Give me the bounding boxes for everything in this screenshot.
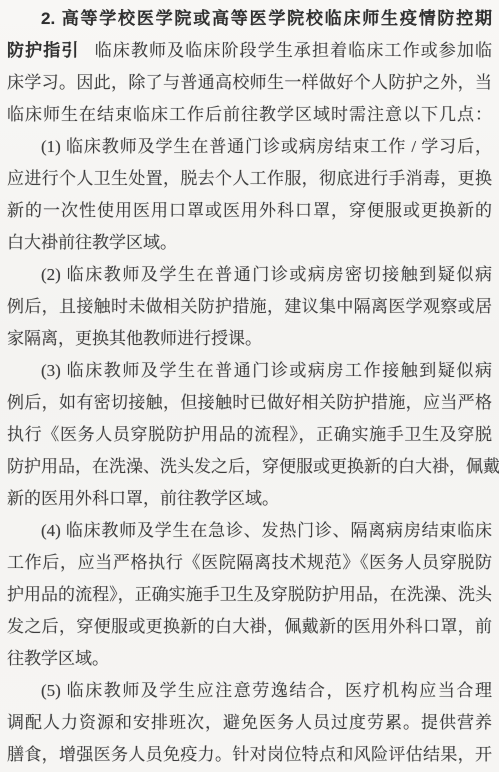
section-heading-line: 2. 高等学校医学院或高等医学院校临床师生疫情防控期 (7, 3, 492, 35)
list-item-4-line: (4) 临床教师及学生在急诊、发热门诊、隔离病房结束临床 (7, 515, 492, 547)
list-item-2-line: (2) 临床教师及学生在普通门诊或病房密切接触到疑似病 (7, 259, 492, 291)
text-line: 调配人力资源和安排班次，避免医务人员过度劳累。提供营养 (7, 707, 492, 739)
list-item-3-line: (3) 临床教师及学生在普通门诊或病房工作接触到疑似病 (7, 355, 492, 387)
text-line: 应进行个人卫生处置，脱去个人工作服，彻底进行手消毒，更换 (7, 163, 492, 195)
text-line: 发之后，穿便服或更换新的白大褂，佩戴新的医用外科口罩，前 (7, 611, 492, 643)
list-item-5-line: (5) 临床教师及学生应注意劳逸结合，医疗机构应当合理 (7, 675, 492, 707)
text-line: 临床师生在结束临床工作后前往教学区域时需注意以下几点： (7, 99, 492, 131)
section-heading-continuation: 防护指引 (7, 41, 79, 60)
text-line: 白大褂前往教学区域。 (7, 227, 492, 259)
text-line: 新的一次性使用医用口罩或医用外科口罩，穿便服或更换新的 (7, 195, 492, 227)
text-line: 例后，如有密切接触，但接触时已做好相关防护措施，应当严格 (7, 387, 492, 419)
text-line: 例后，且接触时未做相关防护措施，建议集中隔离医学观察或居 (7, 291, 492, 323)
text-line: 防护用品，在洗澡、洗头发之后，穿便服或更换新的白大褂，佩戴 (7, 451, 492, 483)
text-line: 新的医用外科口罩，前往教学区域。 (7, 483, 492, 515)
document-page: 2. 高等学校医学院或高等医学院校临床师生疫情防控期 防护指引临床教师及临床阶段… (0, 0, 499, 772)
list-item-1-line: (1) 临床教师及学生在普通门诊或病房结束工作 / 学习后， (7, 131, 492, 163)
text-line: 床学习。因此，除了与普通高校师生一样做好个人防护之外，当 (7, 67, 492, 99)
text-line: 往教学区域。 (7, 643, 492, 675)
text-line: 膳食，增强医务人员免疫力。针对岗位特点和风险评估结果，开 (7, 739, 492, 771)
text-line: 执行《医务人员穿脱防护用品的流程》，正确实施手卫生及穿脱 (7, 419, 492, 451)
body-text: 临床教师及临床阶段学生承担着临床工作或参加临 (95, 41, 492, 60)
text-line: 家隔离，更换其他教师进行授课。 (7, 323, 492, 355)
text-line: 防护指引临床教师及临床阶段学生承担着临床工作或参加临 (7, 35, 492, 67)
text-line: 工作后，应当严格执行《医院隔离技术规范》《医务人员穿脱防 (7, 547, 492, 579)
text-line: 护用品的流程》，正确实施手卫生及穿脱防护用品，在洗澡、洗头 (7, 579, 492, 611)
